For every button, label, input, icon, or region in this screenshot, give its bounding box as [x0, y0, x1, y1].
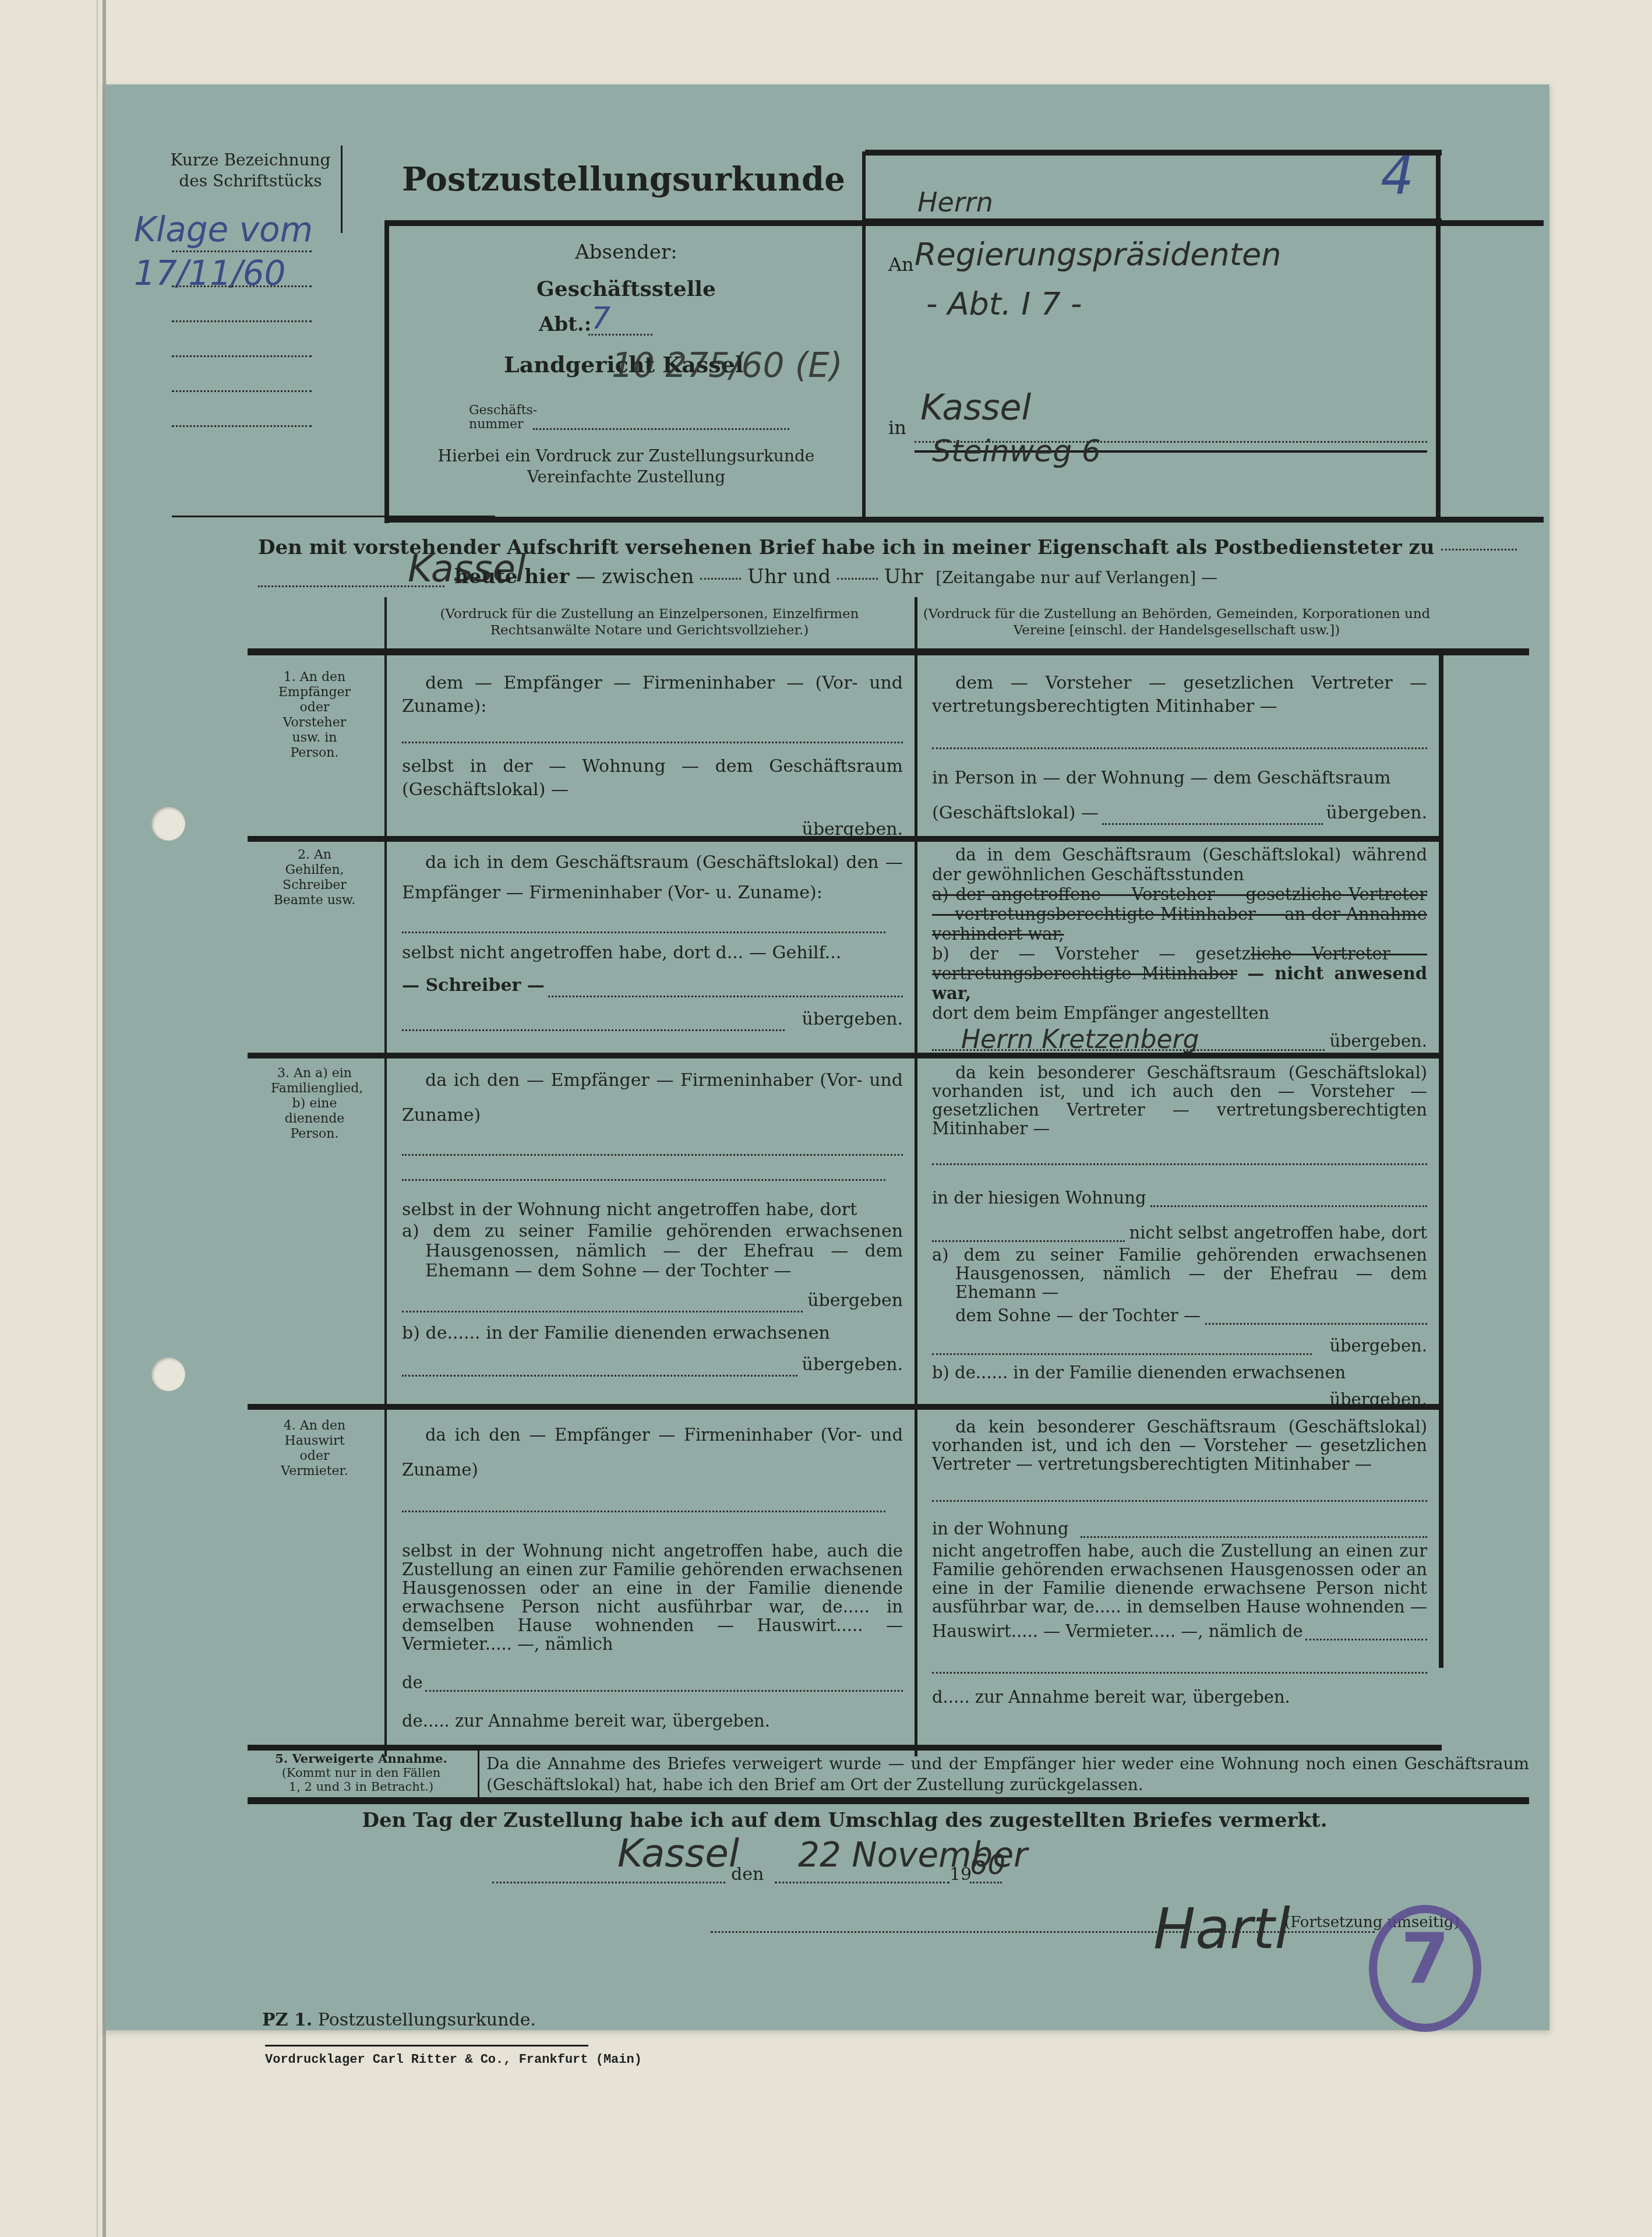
box-border	[865, 218, 1442, 223]
note-line: Vereinfachte Zustellung	[390, 467, 862, 488]
name-field[interactable]	[932, 1163, 1427, 1165]
delivery-field[interactable]	[402, 1029, 785, 1031]
section-3-right-a: a) dem zu seiner Familie gehörenden erwa…	[932, 1245, 1427, 1301]
handed-over-text: übergeben	[807, 1289, 903, 1312]
box-border	[384, 517, 1544, 523]
delivery-field[interactable]	[402, 1311, 803, 1312]
section-3-left-a: a) dem zu seiner Familie gehörenden erwa…	[402, 1222, 903, 1281]
dotted-line	[172, 425, 312, 427]
box-border	[862, 151, 866, 523]
den-label: den	[731, 1864, 764, 1885]
section-1-left: dem — Empfänger — Firmeninhaber — (Vor- …	[402, 672, 903, 841]
abt-label: Abt.:	[539, 313, 591, 336]
section-2-left-end: übergeben.	[402, 1008, 903, 1031]
apartment-field[interactable]	[1150, 1205, 1427, 1207]
footer-form-code: PZ 1. Postzustellungsurkunde.	[262, 2010, 536, 2030]
section-4-right-end: d..... zur Annahme bereit war, übergeben…	[932, 1688, 1427, 1706]
section-4-left: da ich den — Empfänger — Firmeninhaber (…	[402, 1417, 903, 1730]
footer-rule	[265, 2045, 588, 2047]
section-2-label: 2. An Gehilfen, Schreiber Beamte usw.	[271, 848, 358, 908]
family-member-field[interactable]	[1205, 1323, 1427, 1325]
section-4-right-p1: da kein besonderer Geschäftsraum (Geschä…	[932, 1417, 1427, 1473]
name-field[interactable]	[932, 1500, 1427, 1502]
year-handwritten: 60	[970, 1848, 1005, 1881]
name-field[interactable]	[932, 747, 1427, 749]
table-right-border	[1439, 648, 1443, 1668]
postal-stamp: 7	[1369, 1905, 1481, 2032]
landlord-field[interactable]	[1305, 1639, 1427, 1640]
year-prefix: 19	[949, 1864, 972, 1885]
sender-label: Absender:	[390, 241, 862, 264]
section-3-label: 3. An a) ein Familienglied, b) eine dien…	[271, 1066, 358, 1142]
short-description-label: Kurze Bezeichnung des Schriftstücks	[163, 150, 338, 192]
section-4-left-p1: da ich den — Empfänger — Firmeninhaber (…	[402, 1417, 903, 1487]
section-1-right-p2: in Person in — der Wohnung — dem Geschäf…	[932, 767, 1427, 790]
handed-over-text: übergeben.	[1326, 802, 1427, 825]
section-1-label: 1. An den Empfänger oder Vorsteher usw. …	[271, 670, 358, 761]
dotted-line	[172, 320, 312, 322]
stamp-symbol: 7	[1377, 1919, 1473, 2000]
case-number-label: Geschäfts- nummer	[469, 404, 537, 432]
landlord-field[interactable]	[425, 1690, 903, 1692]
sender-office: Geschäftsstelle	[390, 277, 862, 301]
section-4-label: 4. An den Hauswirt oder Vermieter.	[271, 1419, 358, 1479]
street-handwritten: Steinweg 6	[932, 434, 1101, 469]
note-line: Hierbei ein Vordruck zur Zustellungsurku…	[390, 446, 862, 467]
section-3-right-end-a: übergeben.	[932, 1336, 1427, 1355]
section-3-left-p1: da ich den — Empfänger — Firmeninhaber (…	[402, 1063, 903, 1133]
signature-handwritten: Hartl	[1153, 1896, 1290, 1961]
delivery-field[interactable]	[1102, 823, 1323, 825]
handed-over-text: übergeben.	[802, 1008, 903, 1031]
place-handwritten: Kassel	[617, 1831, 739, 1876]
form-name: Postzustellungsurkunde.	[318, 2010, 536, 2030]
section-4-left-p3: de	[402, 1673, 423, 1692]
today-here: heute hier	[454, 565, 569, 588]
label-line: 1, 2 und 3 in Betracht.)	[248, 1780, 475, 1794]
dotted-line	[932, 1049, 1325, 1051]
time-to-field	[837, 578, 878, 580]
name-field-2[interactable]	[402, 1179, 885, 1181]
section-3-right-a2-row: dem Sohne — der Tochter —	[932, 1306, 1427, 1325]
case-number-dotted-line	[533, 428, 789, 430]
section-4-right-p4-row: Hauswirt..... — Vermieter..... —, nämlic…	[932, 1622, 1427, 1640]
handed-over-text: übergeben.	[802, 1353, 903, 1377]
handwritten-description: Klage vom	[134, 210, 313, 249]
section-4-left-p2: selbst in der Wohnung nicht angetroffen …	[402, 1541, 903, 1653]
section-3-right: da kein besonderer Geschäftsraum (Geschä…	[932, 1063, 1427, 1409]
dotted-line	[172, 250, 312, 252]
section-3-left-end-a: übergeben	[402, 1289, 903, 1312]
punch-hole-bottom	[151, 1357, 185, 1391]
section-1-right-p1: dem — Vorsteher — gesetzlichen Vertreter…	[932, 672, 1427, 718]
section-divider	[248, 1745, 1442, 1751]
section-5-divider	[478, 1749, 479, 1797]
section-5-label: 5. Verweigerte Annahme. (Kommt nur in de…	[248, 1752, 475, 1794]
label-line: nummer	[469, 418, 537, 432]
abt-dotted-line	[588, 334, 652, 336]
section-5-text: Da die Annahme des Briefes verweigert wu…	[486, 1753, 1529, 1795]
between-text: — zwischen	[576, 565, 694, 588]
section-3-right-p2-row: in der hiesigen Wohnung	[932, 1188, 1427, 1207]
section-4-left-p3-row: de	[402, 1673, 903, 1692]
section-4-right-p4: Hauswirt..... — Vermieter..... —, nämlic…	[932, 1622, 1303, 1640]
box-border	[1436, 150, 1441, 523]
date-field[interactable]	[775, 1882, 949, 1883]
form-code: PZ 1.	[262, 2010, 312, 2030]
recipient-handwritten: Regierungspräsidenten	[915, 236, 1281, 273]
section-1-right-p3: (Geschäftslokal) —	[932, 802, 1099, 825]
section-3-right-p3: nicht selbst angetroffen habe, dort	[1129, 1223, 1427, 1242]
name-field[interactable]	[402, 742, 903, 743]
city-handwritten: Kassel	[920, 387, 1031, 428]
dotted-line	[172, 355, 312, 357]
form-title: Postzustellungsurkunde	[402, 160, 845, 199]
section-4-left-end: de..... zur Annahme bereit war, übergebe…	[402, 1712, 903, 1730]
section-divider	[248, 1053, 1442, 1058]
form-sheet: Kurze Bezeichnung des Schriftstücks Klag…	[105, 84, 1549, 2030]
dotted-line	[172, 285, 312, 287]
section-3-left-end-b: übergeben.	[402, 1353, 903, 1377]
section-2-right: da in dem Geschäftsraum (Geschäftslokal)…	[932, 845, 1427, 1051]
dotted-line	[1441, 549, 1517, 551]
section-1-right-end: (Geschäftslokal) — übergeben.	[932, 802, 1427, 825]
section-1-left-p1: dem — Empfänger — Firmeninhaber — (Vor- …	[402, 672, 903, 718]
section-4-right-p3: nicht angetroffen habe, auch die Zustell…	[932, 1541, 1427, 1616]
section-3-right-p2: in der hiesigen Wohnung	[932, 1188, 1146, 1207]
section-3-right-p3-row: nicht selbst angetroffen habe, dort	[932, 1223, 1427, 1242]
section-3-right-a2: dem Sohne — der Tochter —	[955, 1306, 1201, 1325]
place-field[interactable]	[492, 1882, 725, 1883]
page-number-handwritten: 4	[1381, 146, 1414, 207]
section-4-right-p2: in der Wohnung	[932, 1519, 1069, 1538]
apartment-field[interactable]	[1081, 1536, 1427, 1538]
section-2-left-p1: da ich in dem Geschäftsraum (Geschäftslo…	[402, 848, 903, 908]
clerk-field[interactable]	[548, 996, 903, 997]
handed-over-text: übergeben.	[1329, 1031, 1427, 1051]
closing-statement: Den Tag der Zustellung habe ich auf dem …	[248, 1809, 1442, 1832]
name-field[interactable]	[402, 1154, 903, 1156]
section-2-left-p3-row: — Schreiber —	[402, 974, 903, 997]
label-column-divider	[384, 597, 387, 1756]
section-2-right-p2: dort dem beim Empfänger angestellten	[932, 1003, 1427, 1023]
table-top-border	[248, 648, 1529, 655]
label-line: Geschäfts-	[469, 404, 537, 418]
right-column-header: (Vordruck für die Zustellung an Behörden…	[920, 606, 1433, 638]
time-from-field	[700, 578, 741, 580]
section-4-right: da kein besonderer Geschäftsraum (Geschä…	[932, 1417, 1427, 1706]
name-field[interactable]	[402, 1511, 885, 1512]
to-label: An	[888, 253, 914, 276]
name-field[interactable]	[402, 932, 885, 933]
employee-field[interactable]: Herrn Kretzenberg	[932, 1025, 1325, 1051]
time-note: [Zeitangabe nur auf Verlangen] —	[936, 568, 1217, 587]
section-2-right-p1: da in dem Geschäftsraum (Geschäftslokal)…	[932, 845, 1427, 884]
divider	[341, 146, 343, 233]
uhr-und-text: Uhr und	[747, 565, 831, 588]
label-line: des Schriftstücks	[163, 171, 338, 192]
intro-line-2: heute hier — zwischen Uhr und Uhr [Zeita…	[454, 565, 1217, 588]
section-5-bottom-border	[248, 1797, 1529, 1804]
delivery-field[interactable]	[932, 1353, 1312, 1355]
label-line: (Kommt nur in den Fällen	[248, 1766, 475, 1780]
sender-note: Hierbei ein Vordruck zur Zustellungsurku…	[390, 446, 862, 488]
label-line: Kurze Bezeichnung	[163, 150, 338, 171]
dotted-line[interactable]	[932, 1240, 1125, 1242]
dotted-line	[172, 390, 312, 392]
box-border	[865, 150, 1442, 156]
year-field[interactable]	[970, 1882, 1002, 1883]
punch-hole-top	[151, 807, 185, 841]
b-prefix: b) der — Vorsteher — gesetz	[932, 944, 1251, 964]
section-1-left-p2: selbst in der — Wohnung — dem Geschäftsr…	[402, 755, 903, 802]
label-line: 5. Verweigerte Annahme.	[248, 1752, 475, 1766]
delivery-field[interactable]	[402, 1375, 797, 1377]
section-3-left-p2: selbst in der Wohnung nicht angetroffen …	[402, 1198, 903, 1222]
section-3-left-b: b) de...... in der Familie dienenden erw…	[402, 1322, 903, 1345]
department-handwritten: - Abt. I 7 -	[926, 285, 1082, 322]
case-number-handwritten: 10 275/60 (E)	[612, 345, 843, 385]
binder-edge-line	[97, 0, 98, 2237]
section-2-right-b: b) der — Vorsteher — gesetzliche Vertret…	[932, 944, 1427, 1003]
handed-over-text: übergeben.	[1329, 1336, 1427, 1355]
section-divider	[248, 1404, 1442, 1410]
printer-credit: Vordrucklager Carl Ritter & Co., Frankfu…	[265, 2052, 642, 2067]
section-3-left: da ich den — Empfänger — Firmeninhaber (…	[402, 1063, 903, 1377]
section-3-right-p1: da kein besonderer Geschäftsraum (Geschä…	[932, 1063, 1427, 1138]
abt-value-handwritten: 7	[591, 301, 610, 336]
section-4-right-p2-row: in der Wohnung	[932, 1519, 1427, 1538]
section-2-left: da ich in dem Geschäftsraum (Geschäftslo…	[402, 848, 903, 1031]
section-divider	[248, 836, 1442, 842]
clerk-label: — Schreiber —	[402, 974, 545, 997]
section-2-right-a-struck: a) der angetroffene — Vorsteher — gesetz…	[932, 884, 1427, 944]
salutation-handwritten: Herrn	[917, 186, 993, 218]
landlord-field-2[interactable]	[932, 1672, 1427, 1674]
section-2-left-p2: selbst nicht angetroffen habe, dort d...…	[402, 941, 903, 965]
section-2-right-end: Herrn Kretzenberg übergeben.	[932, 1025, 1427, 1051]
left-column-header: (Vordruck für die Zustellung an Einzelpe…	[390, 606, 909, 638]
section-3-right-b: b) de...... in der Familie dienenden erw…	[932, 1363, 1427, 1382]
box-border	[384, 220, 389, 523]
uhr-text: Uhr	[884, 565, 923, 588]
in-label: in	[888, 417, 906, 439]
employee-name-handwritten: Herrn Kretzenberg	[961, 1030, 1199, 1050]
center-column-divider	[915, 597, 917, 1756]
dotted-line	[258, 585, 444, 587]
section-1-right: dem — Vorsteher — gesetzlichen Vertreter…	[932, 672, 1427, 825]
